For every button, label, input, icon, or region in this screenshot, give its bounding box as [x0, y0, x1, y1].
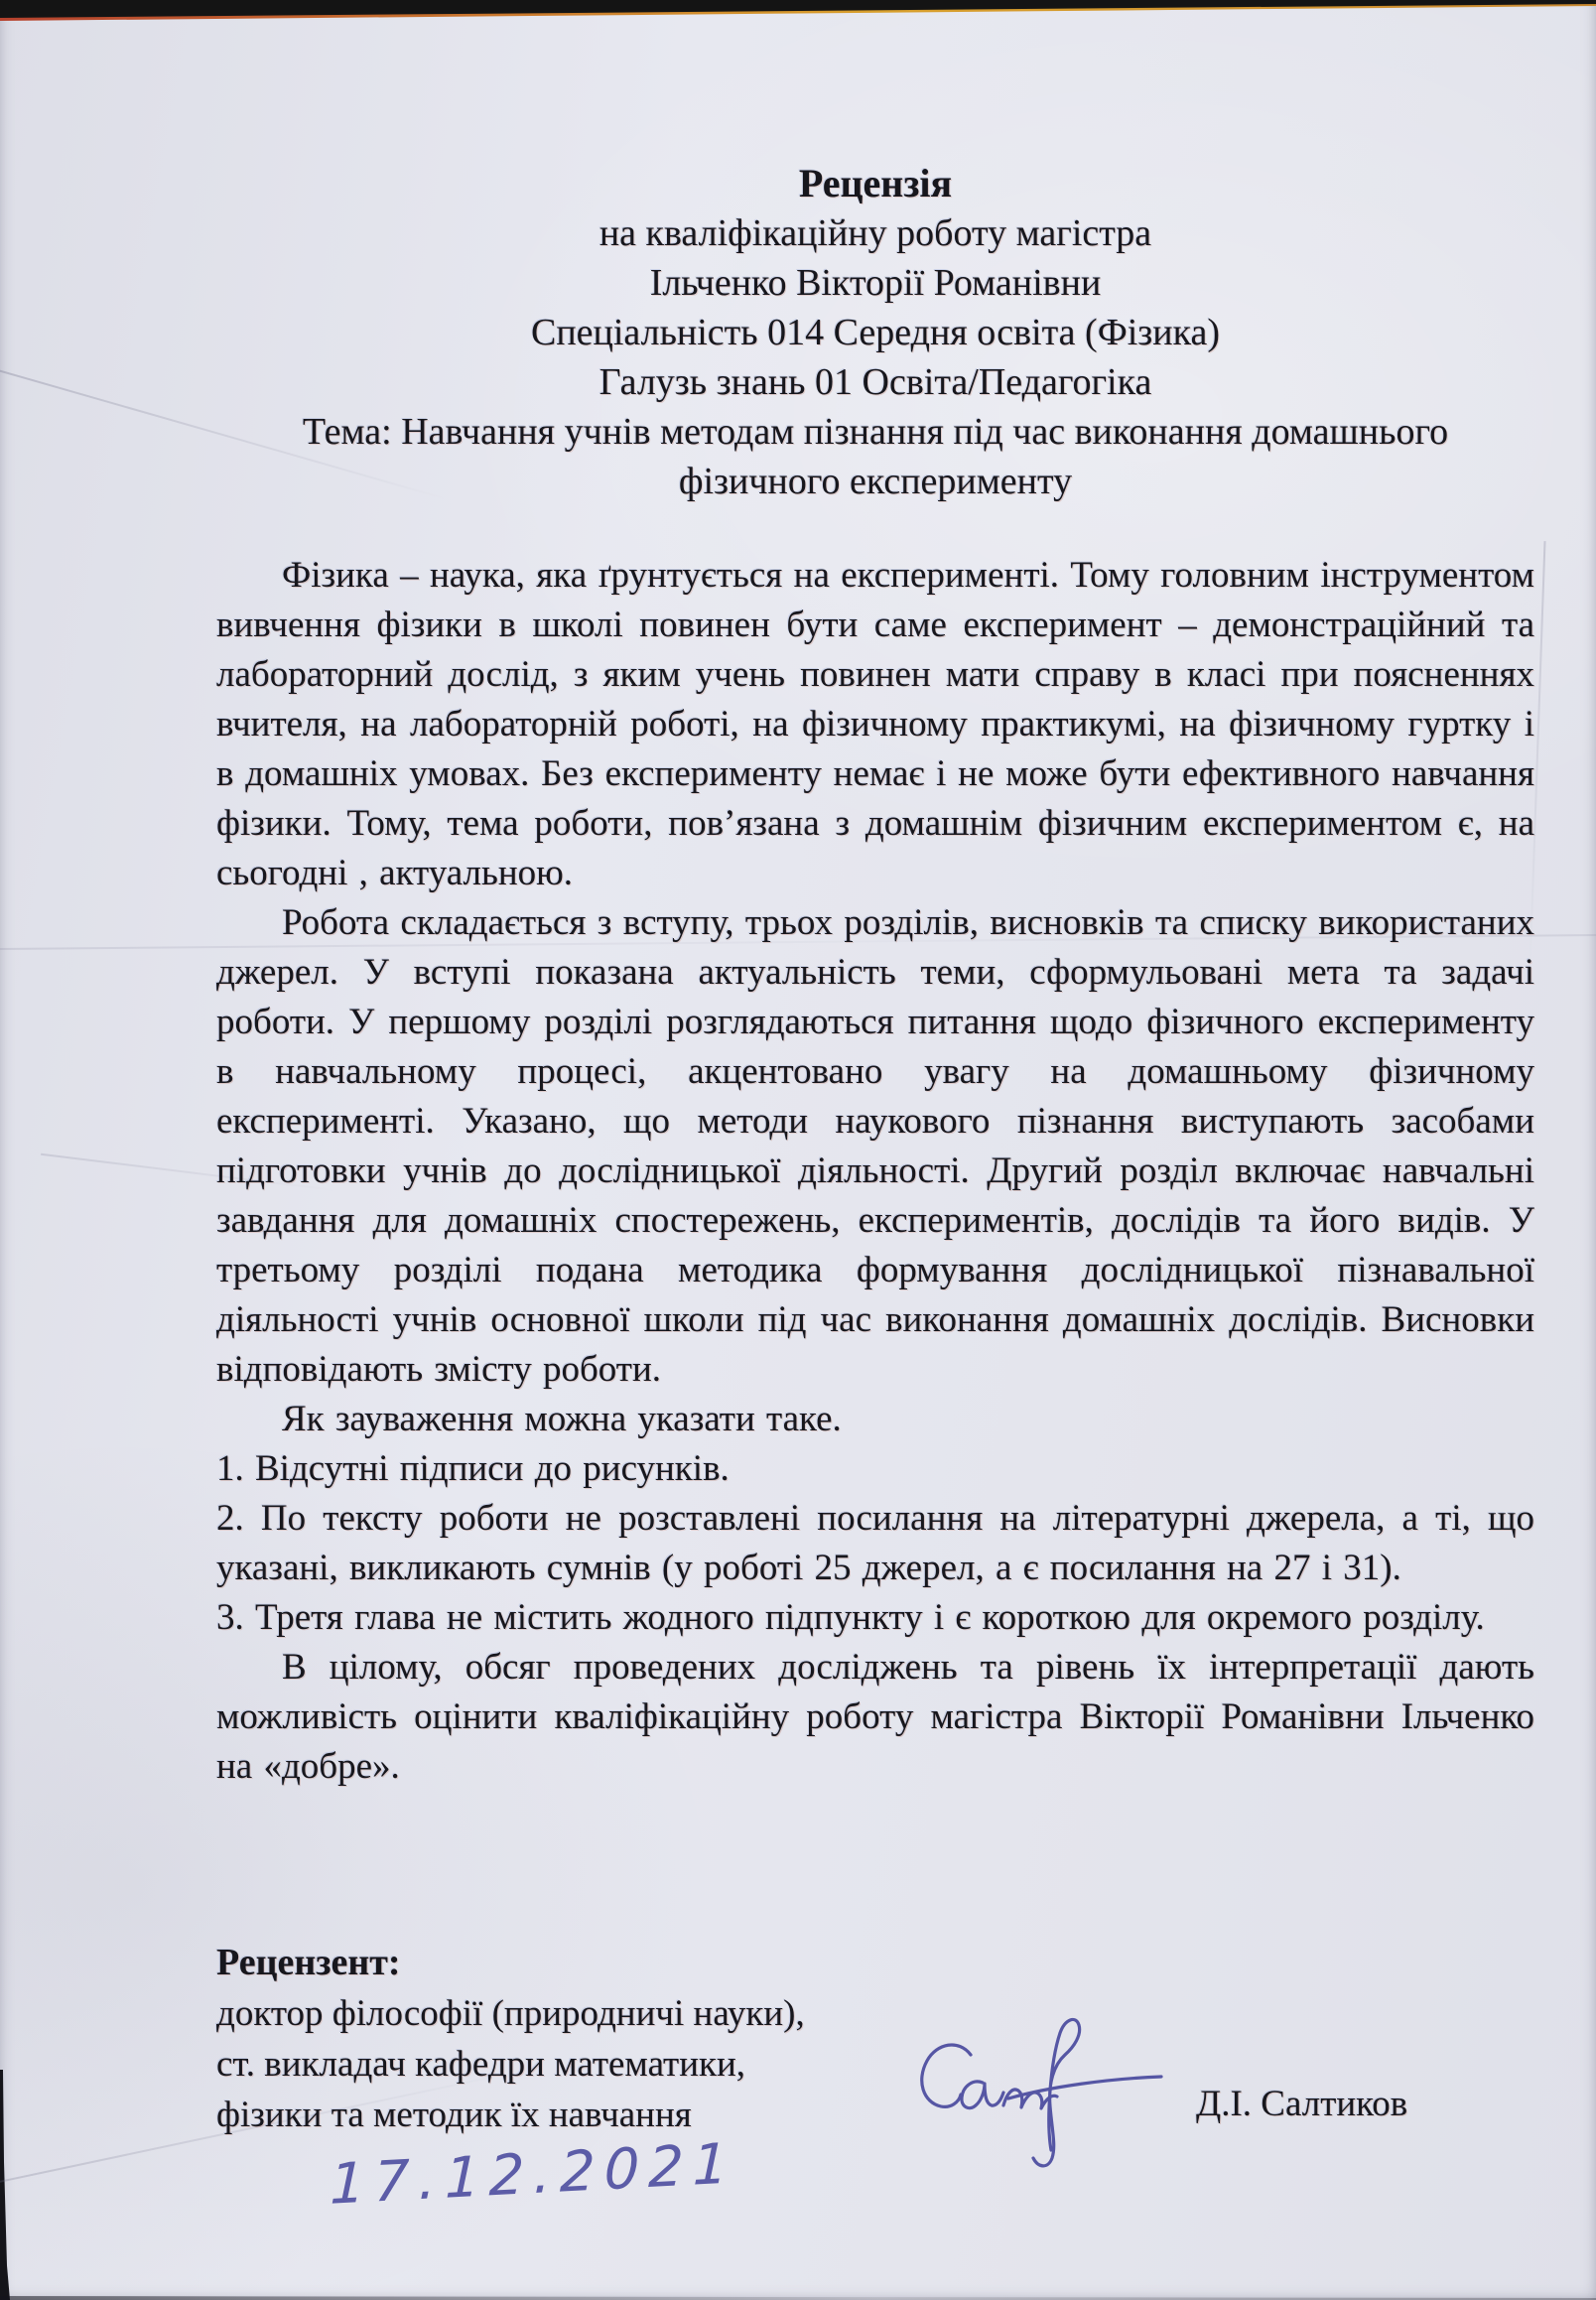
scanned-review-page: Рецензія на кваліфікаційну роботу магіст… [0, 0, 1596, 2300]
title-subtitle-line: на кваліфікаційну роботу магістра [216, 208, 1534, 258]
document-body: Рецензія на кваліфікаційну роботу магіст… [216, 159, 1534, 1792]
paragraph-remarks-intro: Як зауваження можна указати таке. [216, 1395, 1534, 1444]
remark-item-3: 3. Третя глава не містить жодного підпун… [216, 1593, 1534, 1643]
reviewer-block: Рецензент: доктор філософії (природничі … [216, 1938, 971, 2140]
reviewer-name: Д.І. Салтиков [1196, 2083, 1407, 2126]
title-block: Рецензія на кваліфікаційну роботу магіст… [216, 159, 1534, 506]
scan-edge-bottom [0, 2294, 1596, 2300]
handwritten-signature [901, 2003, 1185, 2172]
title-topic-line-2: фізичного експерименту [216, 457, 1534, 506]
remark-item-2: 2. По тексту роботи не розставлені посил… [216, 1494, 1534, 1593]
reviewer-position-line: ст. викладач кафедри математики, [216, 2039, 971, 2090]
reviewer-label: Рецензент: [216, 1938, 971, 1988]
title-topic-line-1: Тема: Навчання учнів методам пізнання пі… [216, 407, 1534, 457]
remark-item-1: 1. Відсутні підписи до рисунків. [216, 1444, 1534, 1494]
handwritten-date: 17.12.2021 [330, 2131, 737, 2218]
document-title: Рецензія [216, 159, 1534, 208]
paragraph-intro: Фізика – наука, яка ґрунтується на експе… [216, 551, 1534, 898]
scan-edge-left-bottom [0, 2070, 10, 2300]
paragraph-structure: Робота складається з вступу, трьох розді… [216, 898, 1534, 1395]
title-specialty-line: Спеціальність 014 Середня освіта (Фізика… [216, 308, 1534, 357]
reviewer-degree-line: доктор філософії (природничі науки), [216, 1988, 971, 2039]
title-author-line: Ільченко Вікторії Романівни [216, 258, 1534, 308]
reviewer-department-line: фізики та методик їх навчання [216, 2090, 971, 2140]
title-field-line: Галузь знань 01 Освіта/Педагогіка [216, 357, 1534, 407]
paragraph-conclusion: В цілому, обсяг проведених досліджень та… [216, 1643, 1534, 1792]
